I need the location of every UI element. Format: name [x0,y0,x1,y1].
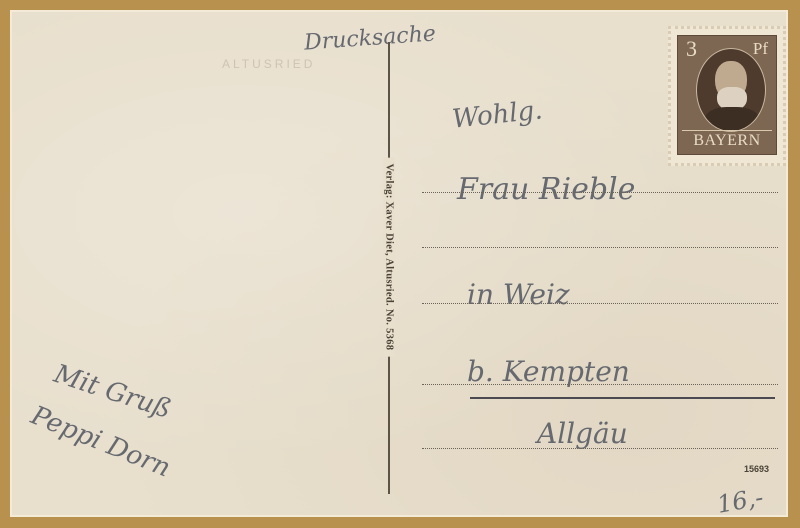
stamp-value: 3 [686,36,697,62]
stamp-country: BAYERN [682,130,772,151]
address-dotted-line-4 [422,384,778,385]
stamp-design: 3 Pf BAYERN [677,35,777,155]
address-dotted-line-1 [422,192,778,193]
postcard-frame: ALTUSRIED Drucksache Verlag: Xaver Diet,… [0,0,800,528]
postcard: ALTUSRIED Drucksache Verlag: Xaver Diet,… [10,10,788,517]
pencil-price-note: 16,- [715,483,765,519]
stamp-unit: Pf [753,39,768,59]
publisher-imprint: Verlag: Xaver Diet, Altusried. No. 5368 [384,158,395,357]
address-strike-through [470,397,775,399]
handwritten-salutation: Wohlg. [451,95,544,134]
handwritten-address-line-3: in Weiz [467,278,570,311]
handwritten-address-line-5: Allgäu [537,417,628,450]
address-dotted-line-5 [422,448,778,449]
postage-stamp: 3 Pf BAYERN [668,26,786,166]
card-number: 15693 [744,464,769,474]
faint-show-through-text: ALTUSRIED [222,57,315,71]
address-dotted-line-3 [422,303,778,304]
address-dotted-line-2 [422,247,778,248]
stamp-portrait-icon [696,48,766,132]
handwritten-top-note: Drucksache [303,21,436,55]
handwritten-address-line-1: Frau Rieble [457,172,635,207]
